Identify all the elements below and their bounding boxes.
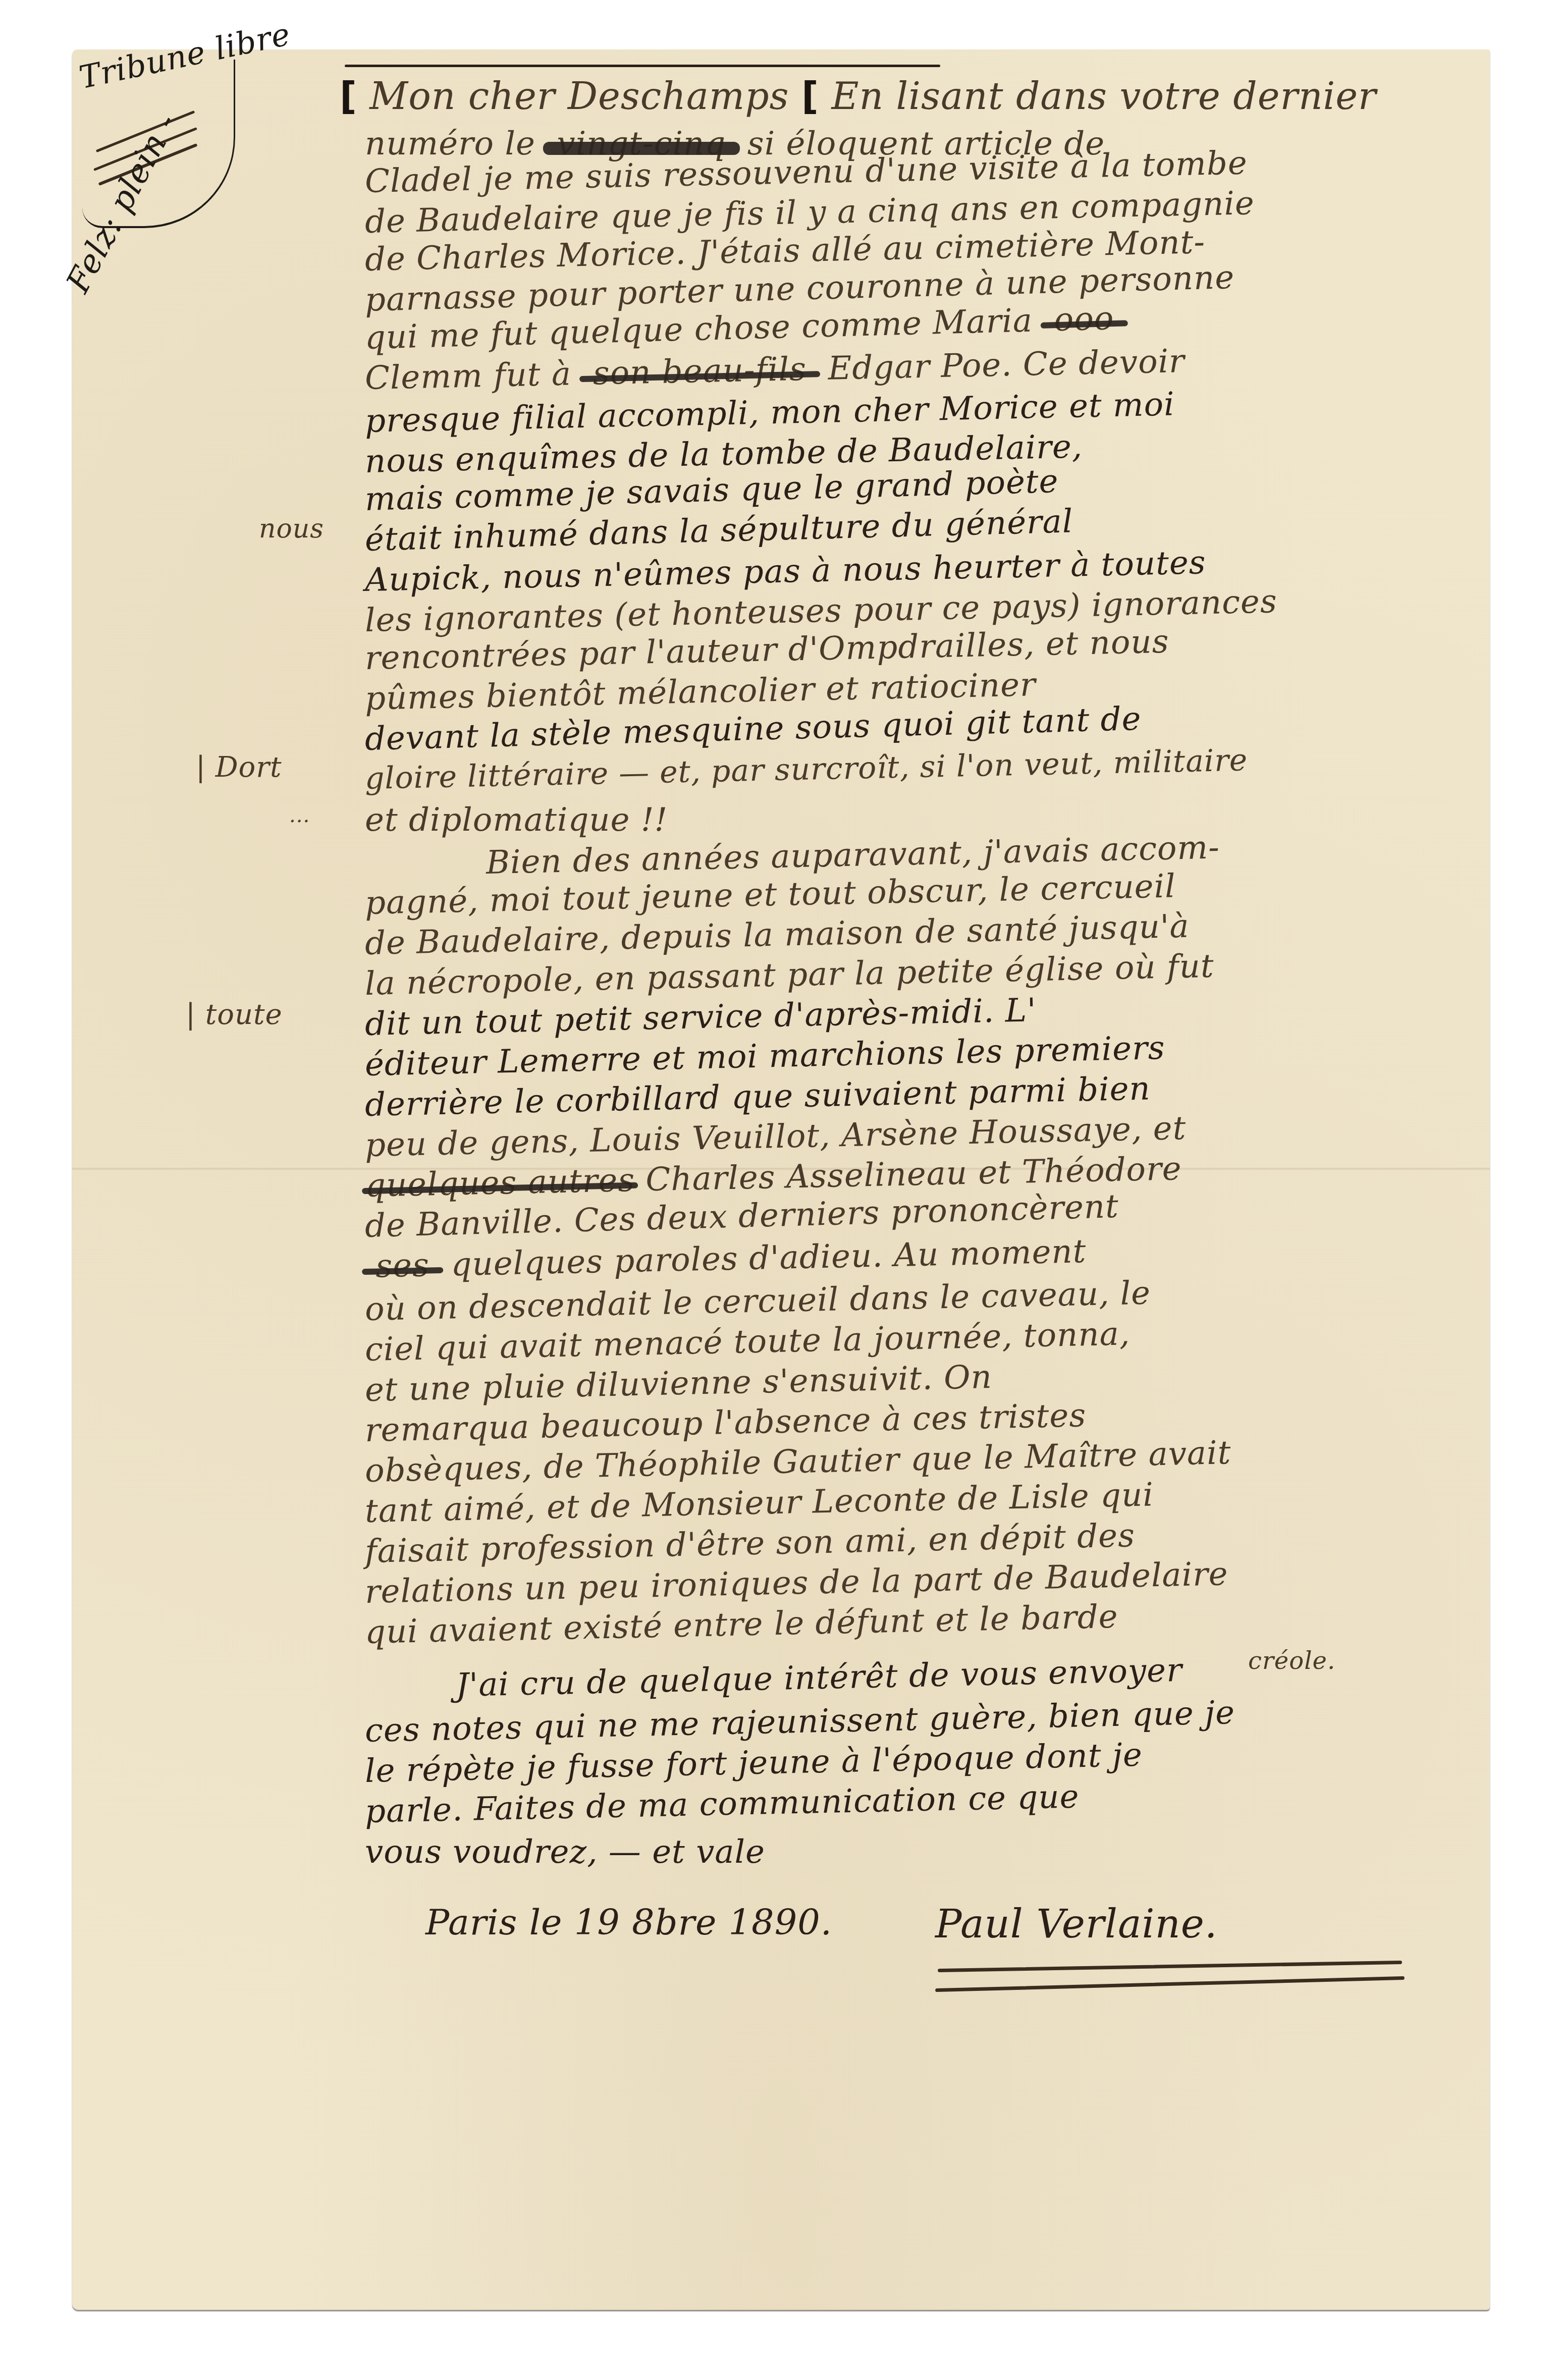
struck-out-word: ses [364,1247,441,1285]
open-bracket: [ [340,75,357,118]
paragraph3-line-1: J'ai cru de quelque intérêt de vous envo… [455,1652,1183,1704]
signature: Paul Verlaine. [935,1902,1218,1947]
salutation-line: [ Mon cher Deschamps [ En lisant dans vo… [340,75,1376,118]
letter-paper: Tribune libre Felz: plein - nous | Dort … [72,49,1490,2310]
struck-out-word: ooo [1043,300,1125,339]
paragraph2-line-21-creole: créole. [1248,1647,1335,1675]
margin-note-ellipsis: ... [289,804,310,827]
struck-out-word: son beau-fils [582,350,818,393]
struck-out-word: quelques autres [364,1162,635,1205]
signature-underline-1 [938,1961,1402,1972]
margin-note-dort: | Dort [196,751,282,784]
margin-note-toute: | toute [186,998,283,1031]
margin-note-nous: nous [259,514,324,544]
letter-date: Paris le 19 8bre 1890. [425,1902,832,1943]
paragraph1-line-1: En lisant dans votre dernier [831,75,1376,118]
editorial-top-line [345,65,940,67]
paragraph3-line-5: vous voudrez, — et vale [365,1833,765,1871]
salutation: Mon cher Deschamps [369,75,789,118]
signature-underline-2 [935,1976,1405,1992]
paragraph1-line-19: et diplomatique !! [365,801,668,839]
open-bracket-2: [ [801,75,819,118]
